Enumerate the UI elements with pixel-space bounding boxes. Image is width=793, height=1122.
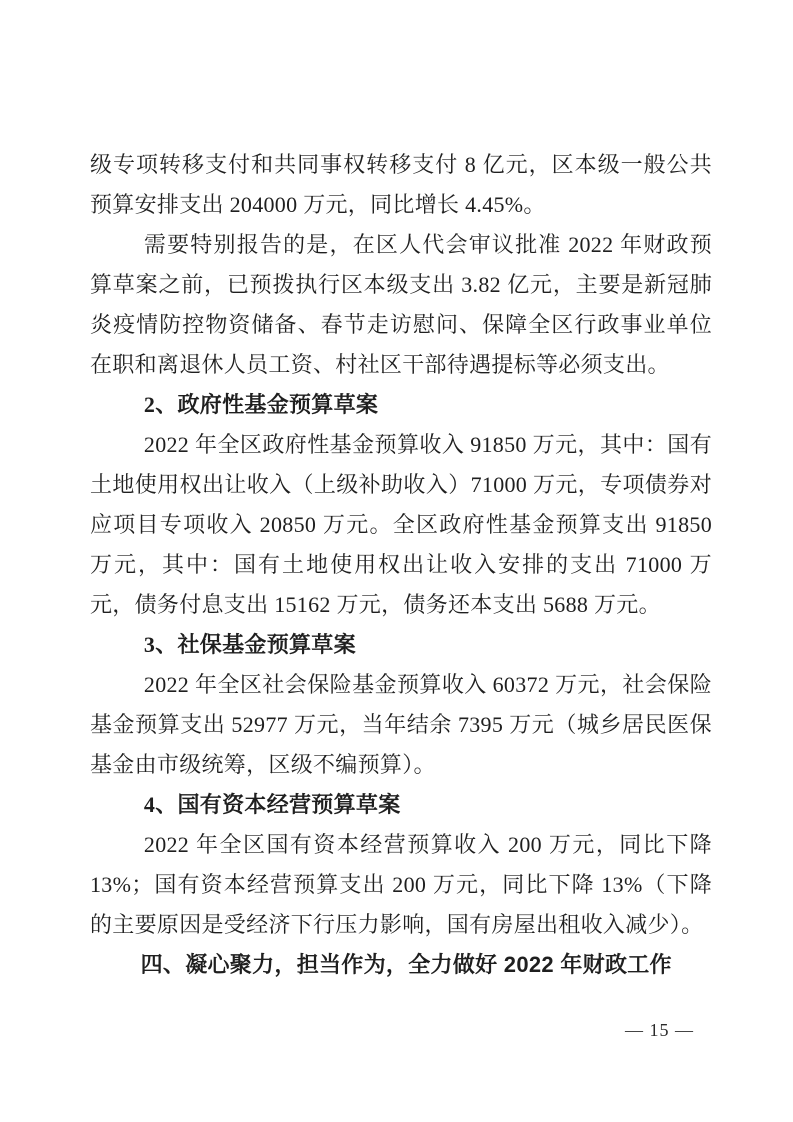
paragraph-special-report: 需要特别报告的是，在区人代会审议批准 2022 年财政预算草案之前，已预拨执行区… [90, 225, 712, 385]
subsection-heading-social-security: 3、社保基金预算草案 [90, 625, 712, 665]
paragraph-social-security: 2022 年全区社会保险基金预算收入 60372 万元，社会保险基金预算支出 5… [90, 665, 712, 785]
paragraph-state-capital: 2022 年全区国有资本经营预算收入 200 万元，同比下降 13%；国有资本经… [90, 825, 712, 945]
paragraph-government-funds: 2022 年全区政府性基金预算收入 91850 万元，其中：国有土地使用权出让收… [90, 425, 712, 625]
section-heading-part-four: 四、凝心聚力，担当作为，全力做好 2022 年财政工作 [90, 945, 712, 985]
subsection-heading-state-capital: 4、国有资本经营预算草案 [90, 785, 712, 825]
document-page: 级专项转移支付和共同事权转移支付 8 亿元，区本级一般公共预算安排支出 2040… [0, 0, 793, 1122]
subsection-heading-government-funds: 2、政府性基金预算草案 [90, 385, 712, 425]
paragraph-continuation: 级专项转移支付和共同事权转移支付 8 亿元，区本级一般公共预算安排支出 2040… [90, 145, 712, 225]
document-content: 级专项转移支付和共同事权转移支付 8 亿元，区本级一般公共预算安排支出 2040… [90, 145, 712, 985]
page-number: — 15 — [625, 1018, 694, 1042]
